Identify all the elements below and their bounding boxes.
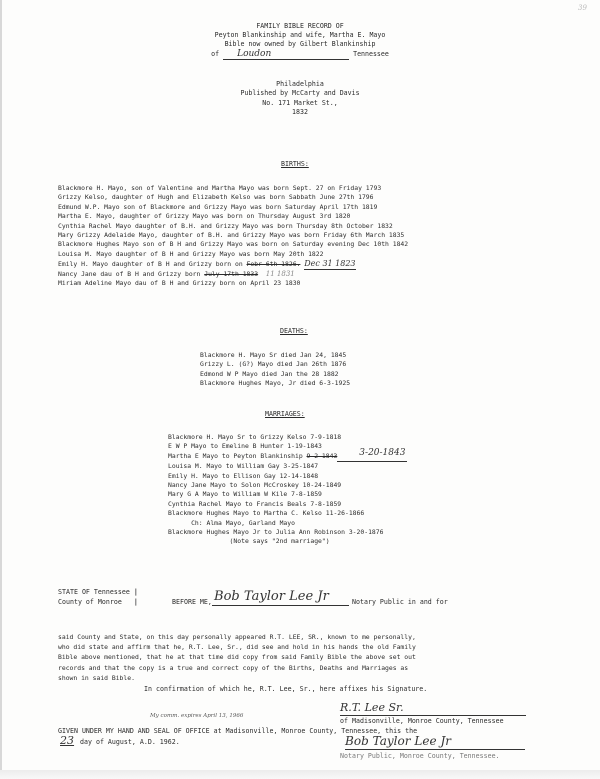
birth-entry: Emily H. Mayo daughter of B H and Grizzy… xyxy=(58,259,408,269)
marriage-children: Ch: Alma Mayo, Garland Mayo xyxy=(168,519,407,528)
marriages-list: Blackmore H. Mayo Sr to Grizzy Kelso 7-9… xyxy=(168,433,407,547)
birth-entry: Mary Grizzy Adelaide Mayo, daughter of B… xyxy=(58,231,408,240)
handwritten-date: 3-20-1843 xyxy=(359,449,405,458)
struck-date: July 17th 1833 xyxy=(204,270,258,278)
death-entry: Blackmore H. Mayo Sr died Jan 24, 1845 xyxy=(200,351,350,360)
birth-entry: Grizzy Kelso, daughter of Hugh and Eliza… xyxy=(58,193,408,202)
affiant-location: of Madisonville, Monroe County, Tennesse… xyxy=(340,717,504,726)
marriages-heading: MARRIAGES: xyxy=(265,410,305,418)
confirmation-line: In confirmation of which he, R.T. Lee, S… xyxy=(144,685,427,694)
notary-county: County of Monroe | xyxy=(58,598,138,607)
handwritten-date: Dec 31 1823 xyxy=(304,259,355,269)
birth-entry: Louisa M. Mayo daughter of B H and Grizz… xyxy=(58,250,408,259)
publisher-city: Philadelphia xyxy=(150,80,450,89)
scan-bottom-edge xyxy=(0,770,600,779)
header-owner: Bible now owned by Gilbert Blankinship xyxy=(150,40,450,49)
births-list: Blackmore H. Mayo, son of Valentine and … xyxy=(58,184,408,288)
scan-edge xyxy=(0,0,2,779)
struck-date: Febr 6th 1826. xyxy=(247,260,301,268)
publisher-name: Published by McCarty and Davis xyxy=(150,89,450,98)
marriage-entry: Louisa M. Mayo to William Gay 3-25-1847 xyxy=(168,462,407,471)
marriage-entry: Martha E Mayo to Peyton Blankinship 9-2-… xyxy=(168,452,407,462)
notary-signature-bottom: Bob Taylor Lee Jr xyxy=(345,734,525,750)
birth-entry: Blackmore Hughes Mayo son of B H and Gri… xyxy=(58,240,408,249)
marriage-entry: Cynthia Rachel Mayo to Francis Beals 7-8… xyxy=(168,500,407,509)
notary-signature: Bob Taylor Lee Jr xyxy=(212,588,349,606)
publisher-info: Philadelphia Published by McCarty and Da… xyxy=(150,80,450,118)
marriage-entry: Nancy Jane Mayo to Solon McCroskey 10-24… xyxy=(168,481,407,490)
record-header: FAMILY BIBLE RECORD OF Peyton Blankinshi… xyxy=(150,22,450,60)
birth-entry: Nancy Jane dau of B H and Grizzy born Ju… xyxy=(58,270,408,279)
death-entry: Blackmore Hughes Mayo, Jr died 6-3-1925 xyxy=(200,379,350,388)
marriage-entry: Blackmore H. Mayo Sr to Grizzy Kelso 7-9… xyxy=(168,433,407,442)
death-entry: Grizzy L. (G?) Mayo died Jan 26th 1876 xyxy=(200,360,350,369)
commission-expiry: My comm. expires April 13, 1966 xyxy=(150,712,243,721)
notary-state: STATE OF Tennessee | xyxy=(58,588,138,597)
birth-entry: Miriam Adeline Mayo dau of B H and Grizz… xyxy=(58,279,408,288)
before-me: BEFORE ME, xyxy=(172,598,212,607)
marriage-note: (Note says "2nd marriage") xyxy=(168,537,407,546)
handwritten-date: 11 1831 xyxy=(266,270,295,278)
publisher-year: 1832 xyxy=(150,108,450,117)
header-names: Peyton Blankinship and wife, Martha E. M… xyxy=(150,31,450,40)
header-location: of Loudon Tennessee xyxy=(150,50,450,60)
birth-entry: Blackmore H. Mayo, son of Valentine and … xyxy=(58,184,408,193)
births-heading: BIRTHS: xyxy=(281,160,309,168)
notary-title: Notary Public in and for xyxy=(352,598,448,607)
marriage-entry: Emily H. Mayo to Ellison Gay 12-14-1848 xyxy=(168,472,407,481)
publisher-address: No. 171 Market St., xyxy=(150,99,450,108)
affidavit-paragraph: said County and State, on this day perso… xyxy=(58,632,578,683)
deaths-heading: DEATHS: xyxy=(280,327,308,335)
handwritten-day: 23 xyxy=(60,734,74,748)
birth-entry: Cynthia Rachel Mayo daughter of B.H. and… xyxy=(58,222,408,231)
affiant-signature: R.T. Lee Sr. xyxy=(340,701,526,716)
birth-entry: Edmund W.P. Mayo son of Blackmore and Gr… xyxy=(58,203,408,212)
deaths-list: Blackmore H. Mayo Sr died Jan 24, 1845 G… xyxy=(200,351,350,389)
document-page: 39 FAMILY BIBLE RECORD OF Peyton Blankin… xyxy=(0,0,600,779)
header-title: FAMILY BIBLE RECORD OF xyxy=(150,22,450,31)
marriage-entry: Blackmore Hughes Mayo to Martha C. Kelso… xyxy=(168,509,407,518)
death-entry: Edmond W P Mayo died Jan the 28 1882 xyxy=(200,370,350,379)
day-suffix: day of August, A.D. 1962. xyxy=(80,738,180,747)
marriage-entry: Blackmore Hughes Mayo Jr to Julia Ann Ro… xyxy=(168,528,407,537)
notary-footer: Notary Public, Monroe County, Tennessee. xyxy=(340,752,500,761)
struck-date: 9-2-1843 xyxy=(307,452,338,460)
marriage-entry: Mary G A Mayo to William W Kile 7-8-1859 xyxy=(168,490,407,499)
birth-entry: Martha E. Mayo, daughter of Grizzy Mayo … xyxy=(58,212,408,221)
page-number: 39 xyxy=(578,4,587,12)
handwritten-location: Loudon xyxy=(223,50,349,60)
